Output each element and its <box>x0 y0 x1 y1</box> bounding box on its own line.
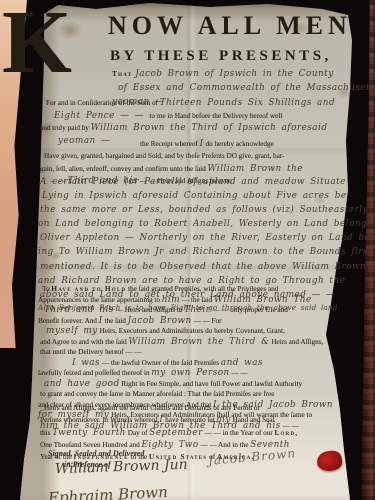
handwritten-text: William Brown the <box>208 164 303 174</box>
printed-text: — — For <box>192 317 222 325</box>
handwritten-text: I was <box>72 358 100 368</box>
printed-text: the ſaid granted Premiſes, with all the … <box>126 285 278 293</box>
doc-line: Heirs and Aſſigns, againſt the lawful Cl… <box>40 401 354 413</box>
printed-text: Day of <box>126 429 149 437</box>
printed-text: Heirs and Aſſigns, <box>269 338 323 346</box>
handwritten-text: Twenty Fourth <box>52 428 126 438</box>
doc-line: A certain Piece (or Parcell) of upland a… <box>38 174 356 188</box>
handwritten-text: William Brown The <box>214 295 312 305</box>
doc-line: NOW ALL MEN <box>50 10 350 46</box>
doc-line: ing To William Brown Jr and Richard Brow… <box>38 244 356 258</box>
printed-text: to me in Hand before the Delivery hereof… <box>149 112 282 120</box>
doc-line: For and in Conſideration of the Sum of T… <box>40 96 354 109</box>
handwritten-text: A certain Piece (or Parcell) of upland a… <box>40 177 346 187</box>
printed-text: Have and to Hold <box>51 284 126 293</box>
doc-line: To Have and to Hold the ſaid granted Pre… <box>38 283 358 294</box>
doc-line: this Twenty Fourth Day of September — — … <box>40 426 354 438</box>
doc-line: that until the Delivery hereof — — <box>38 346 358 357</box>
printed-text: Have given, granted, bargained and Sold,… <box>44 152 284 160</box>
doc-line: and truly paid by William Brown the Thir… <box>40 121 354 134</box>
doc-line: I was — the lawful Owner of the ſaid Pre… <box>38 357 358 368</box>
printed-text: For and in Conſideration of the Sum of <box>46 99 160 107</box>
handwritten-text: Eight Pence — — <box>54 111 149 121</box>
printed-text: lawfully ſeized and poſſeſſed thereof in <box>38 369 151 377</box>
doc-line: Lying in Ipswich aforesaid Containing ab… <box>38 188 356 202</box>
printed-text: Heirs, Executors and Adminiſtrators do h… <box>98 327 285 335</box>
printed-text: and Agree to and with the ſaid <box>40 338 128 346</box>
doc-line: myself my Heirs, Executors and Adminiſtr… <box>38 325 358 336</box>
doc-line: gain, ſell, alien, enfeoff, convey and c… <box>40 162 354 174</box>
printed-text: Perſons whomſoever. In Witneſs whereof <box>40 416 159 424</box>
handwritten-text: Third and his <box>44 305 114 315</box>
doc-line: Appurtenances to the ſame appertaining t… <box>38 294 358 305</box>
printed-text: gain, ſell, alien, enfeoff, convey and c… <box>40 165 208 173</box>
doc-line: the Receipt whereof I do hereby acknowle… <box>40 137 354 149</box>
printed-text: Lord, <box>274 428 298 437</box>
printed-text: — — only proper Uſe and <box>210 306 287 314</box>
doc-line: lawfully ſeized and poſſeſſed thereof in… <box>38 367 358 378</box>
printed-text: the ſaid <box>103 317 128 325</box>
doc-line: Oliver Appleton — Northerly on the River… <box>38 230 356 244</box>
printed-text: Signed, Sealed and Delivered <box>48 449 144 458</box>
handwritten-text: September <box>149 428 203 438</box>
handwritten-text: my <box>216 415 230 425</box>
document-header: NOW ALL MENBY THESE PRESENTS,That Jacob … <box>50 10 350 108</box>
doc-line: That Jacob Brown of Ipswich in the Count… <box>50 66 350 80</box>
handwritten-text: and was <box>221 358 263 368</box>
handwritten-text: Jacob Brown of Ipswich in the County <box>135 69 333 79</box>
handwritten-text: on Land belonging to Robert Anabell, Wes… <box>38 219 375 229</box>
printed-text: to grant and convey the ſame in Manner a… <box>40 390 274 398</box>
printed-text: Hand and Seal <box>231 416 275 424</box>
doc-line: to grant and convey the ſame in Manner a… <box>38 388 358 399</box>
handwritten-text: Thirteen Pounds Six Shillings and <box>160 98 335 108</box>
handwritten-text: Their <box>184 305 210 315</box>
doc-line: Benefit forever. And I the ſaid Jacob Br… <box>38 315 358 326</box>
handwritten-text: Lying in Ipswich aforesaid Containing ab… <box>42 191 347 201</box>
handwritten-text: Jacob Brown <box>128 316 192 326</box>
handwritten-text: Oliver Appleton — Northerly on the River… <box>40 233 375 243</box>
handwritten-text: mentioned. It is to be Observed that the… <box>40 262 375 272</box>
doc-line: Perſons whomſoever. In Witneſs whereof I… <box>40 413 354 425</box>
handwritten-text: my own Person <box>151 368 229 378</box>
printed-text: that until the Delivery hereof — — <box>40 348 141 356</box>
handwritten-text: William Brown the Third of Ipswich afore… <box>91 123 328 133</box>
printed-text: the Receipt whereof <box>140 140 200 148</box>
deed-photograph: K NOW ALL MENBY THESE PRESENTS,That Jaco… <box>0 0 375 500</box>
printed-text: Right in Fee Simple, and have full Power… <box>120 380 302 388</box>
printed-text: To <box>42 285 51 293</box>
handwritten-text: the same more or Less, bounded as follow… <box>40 205 368 215</box>
doc-line: mentioned. It is to be Observed that the… <box>38 259 356 273</box>
handwritten-text: of Essex and Commonwealth of the Massach… <box>118 83 375 93</box>
handwritten-text: ing To William Brown Jr and Richard Brow… <box>38 247 372 257</box>
printed-text: this <box>40 429 52 437</box>
printed-text: — the ſaid <box>180 296 214 304</box>
printed-text: That <box>112 69 135 78</box>
printed-text: and truly paid by <box>40 124 91 132</box>
handwritten-text: William Brown the Third & <box>128 337 269 347</box>
doc-line: Eight Pence — — to me in Hand before the… <box>40 109 354 122</box>
doc-line: BY THESE PRESENTS, <box>50 46 350 66</box>
printed-text: — Heirs and Aſſigns to <box>114 306 184 314</box>
handwritten-text: myself my <box>46 326 98 336</box>
printed-text: Appurtenances to the ſame appertaining t… <box>38 296 162 304</box>
doc-line: Third and his — Heirs and Aſſigns to The… <box>38 304 358 315</box>
doc-line: and Agree to and with the ſaid William B… <box>38 336 358 347</box>
handwritten-text: and have good <box>44 379 120 389</box>
doc-line: the same more or Less, bounded as follow… <box>38 202 356 216</box>
printed-text: do hereby acknowledge <box>204 140 274 148</box>
printed-text: NOW ALL MEN <box>108 11 352 40</box>
printed-text: — — in the Year of our <box>203 429 275 437</box>
handwritten-text: him <box>162 295 180 305</box>
printed-text: have hereunto ſet <box>163 416 216 424</box>
doc-line: on Land belonging to Robert Anabell, Wes… <box>38 216 356 230</box>
printed-text: Heirs and Aſſigns, againſt the lawful Cl… <box>44 404 260 412</box>
doc-line: and have good Right in Fee Simple, and h… <box>38 378 358 389</box>
printed-text: — — <box>230 369 248 377</box>
printed-text: BY THESE PRESENTS, <box>110 48 332 64</box>
doc-line: Have given, granted, bargained and Sold,… <box>40 149 354 161</box>
doc-line: of Essex and Commonwealth of the Massach… <box>50 80 350 94</box>
printed-text: Benefit forever. And <box>38 317 99 325</box>
printed-text: — the lawful Owner of the ſaid Premiſes <box>100 359 221 367</box>
